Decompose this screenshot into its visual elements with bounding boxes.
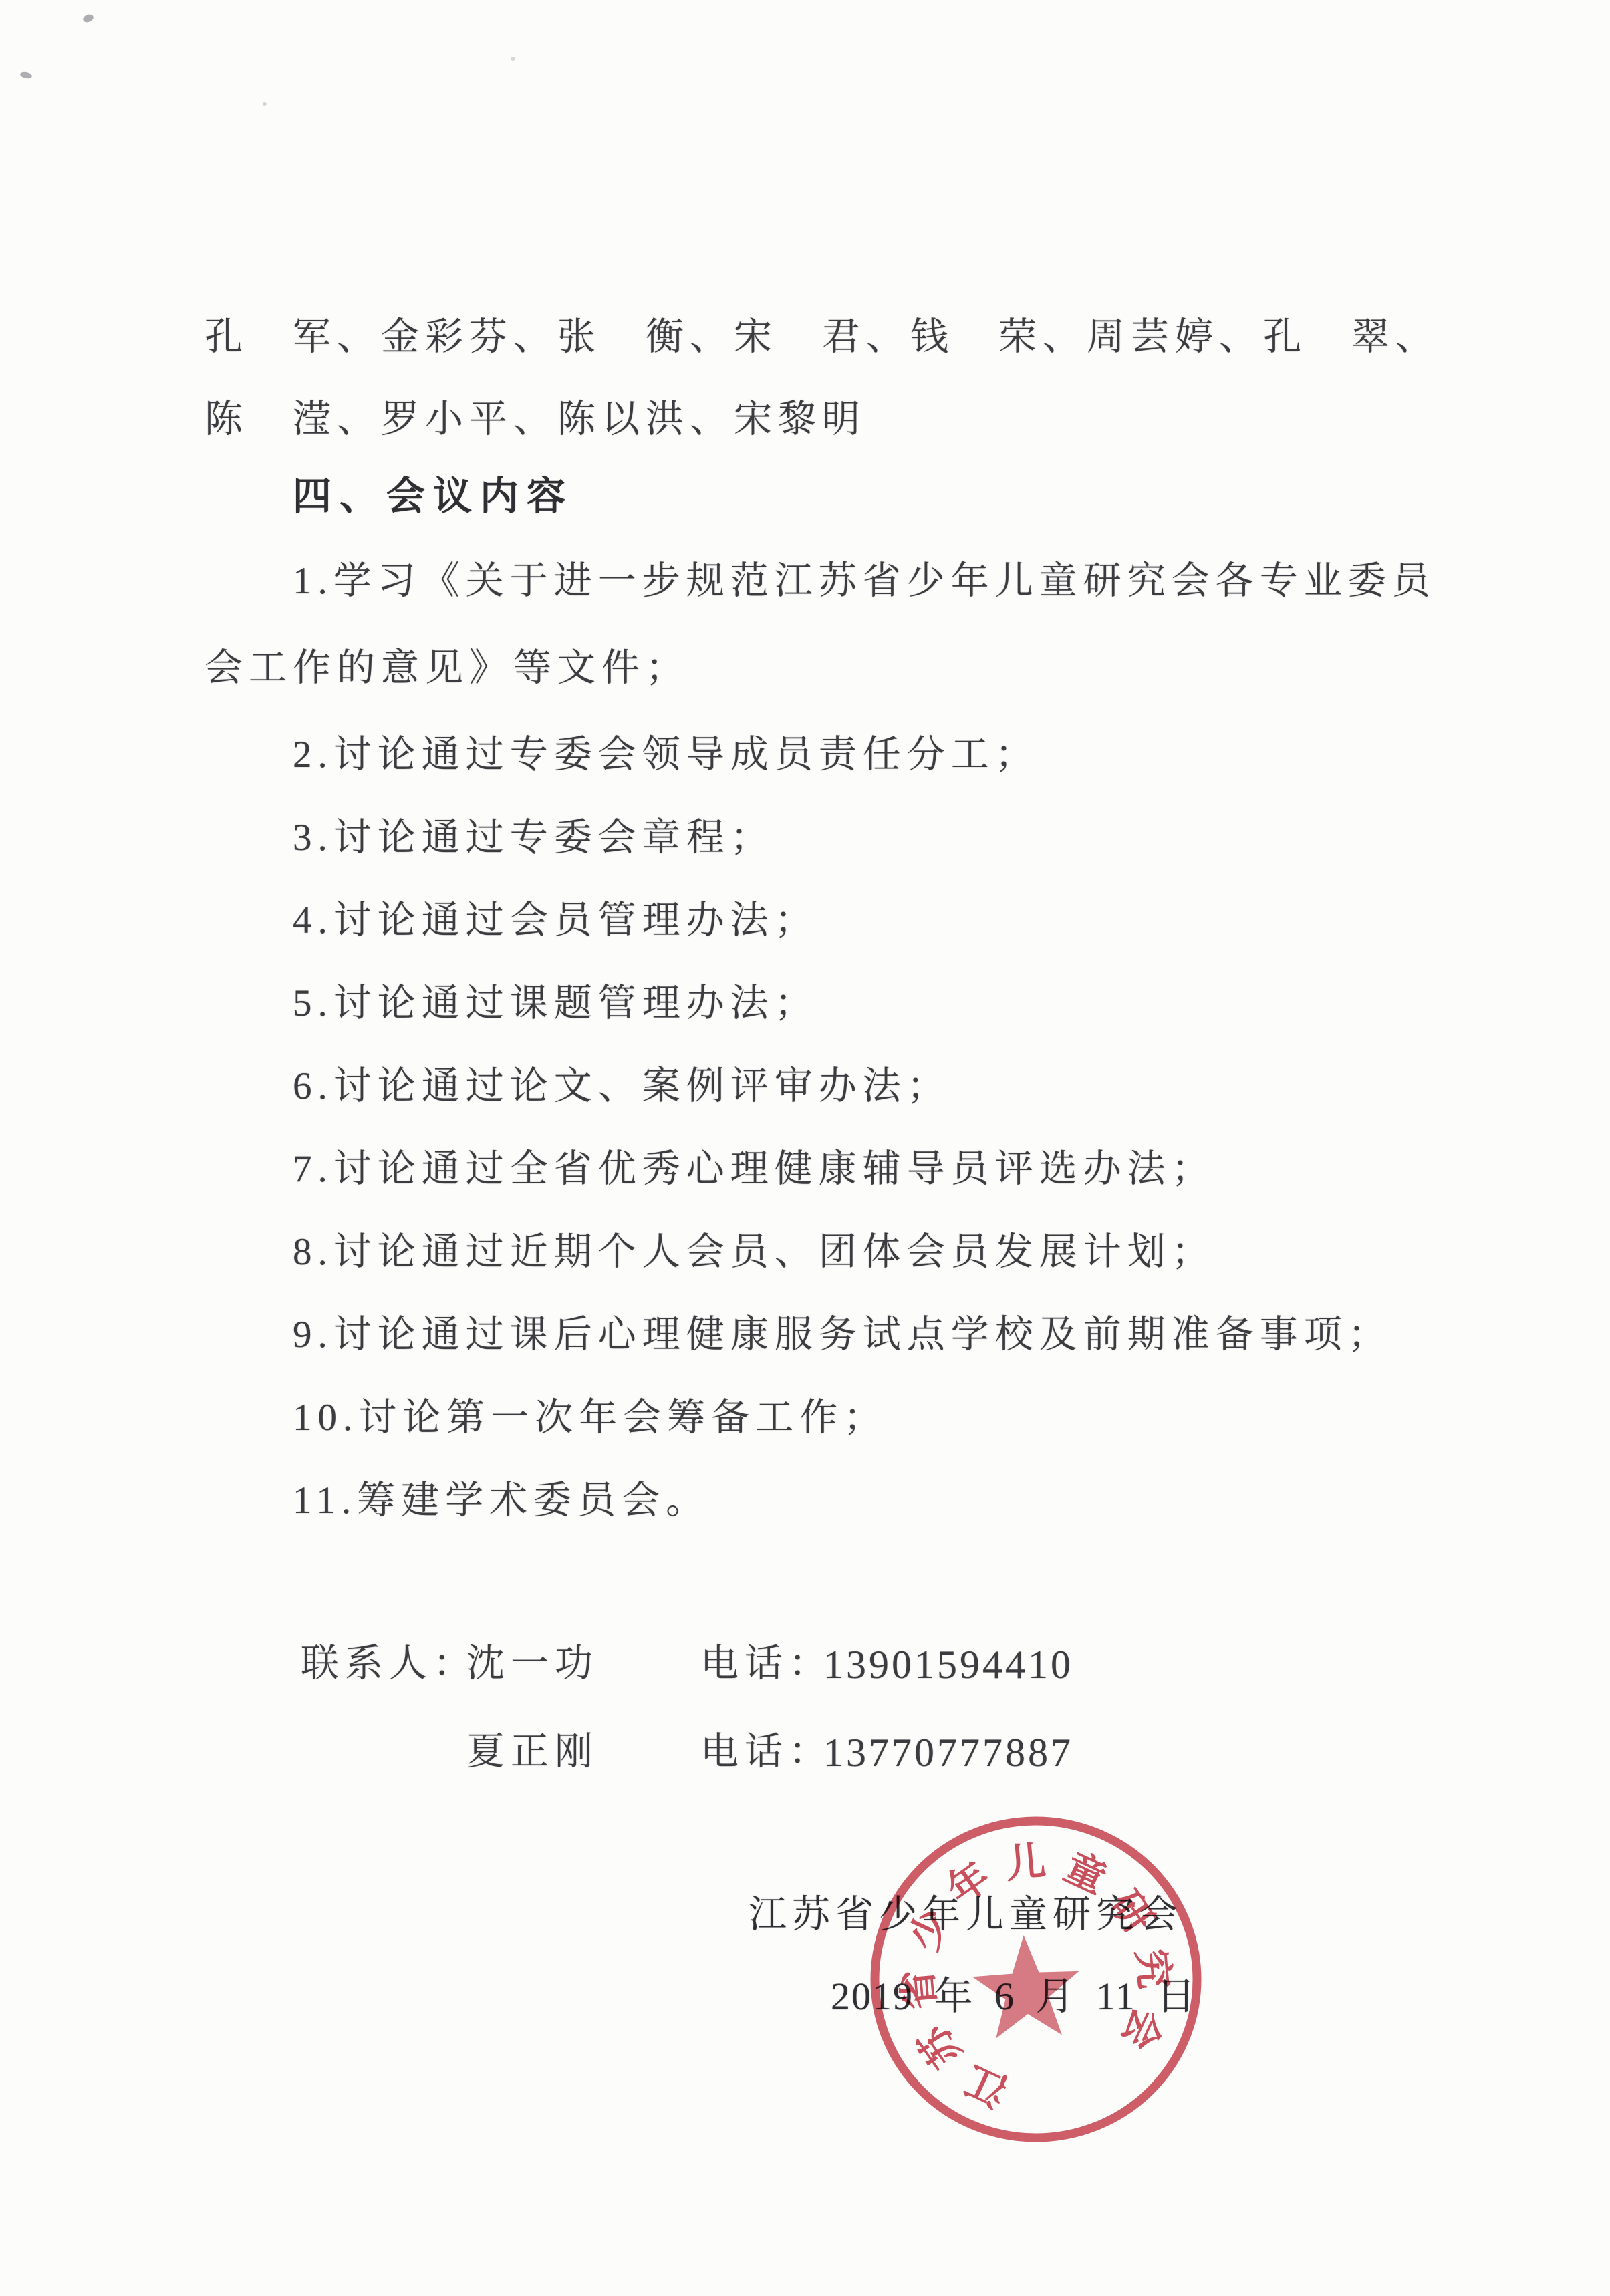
contact-label: 联系人： xyxy=(301,1644,477,1683)
scan-speck xyxy=(511,57,515,61)
seal-char: 童 xyxy=(1058,1845,1113,1902)
scan-speck xyxy=(82,13,95,24)
phone-label-2: 电话： xyxy=(700,1733,833,1771)
scan-speck xyxy=(263,102,267,106)
seal-char: 江 xyxy=(959,2057,1014,2114)
agenda-item-4: 4.讨论通过会员管理办法； xyxy=(293,901,819,940)
scan-speck xyxy=(19,71,32,80)
seal-char: 苏 xyxy=(910,2016,970,2075)
section-heading-meeting-content: 四、会议内容 xyxy=(293,477,573,516)
scanned-document-page: 孔 军、金彩芬、张 衡、宋 君、钱 荣、周芸婷、孔 翠、 陈 滢、罗小平、陈以洪… xyxy=(0,0,1610,2296)
contact-name-2: 夏正刚 xyxy=(466,1733,599,1771)
agenda-item-9: 9.讨论通过课后心理健康服务试点学校及前期准备事项； xyxy=(293,1316,1392,1354)
contact-phone-2: 13770777887 xyxy=(823,1733,1073,1773)
agenda-item-11: 11.筹建学术委员会。 xyxy=(293,1481,710,1520)
seal-char: 少 xyxy=(902,1902,958,1957)
agenda-item-3: 3.讨论通过专委会章程； xyxy=(293,819,775,857)
phone-label-1: 电话： xyxy=(700,1644,833,1683)
seal-star-icon xyxy=(972,1935,1079,2038)
attendee-names-line-2: 陈 滢、罗小平、陈以洪、宋黎明 xyxy=(205,400,866,438)
seal-char: 究 xyxy=(1129,1947,1176,1991)
seal-char: 会 xyxy=(1113,2001,1170,2056)
official-red-seal: 江 苏 省 少 年 儿 童 研 究 会 xyxy=(865,1812,1208,2150)
agenda-item-1-line-1: 1.学习《关于进一步规范江苏省少年儿童研究会各专业委员 xyxy=(293,562,1436,600)
seal-char: 年 xyxy=(940,1854,998,1913)
seal-char: 省 xyxy=(896,1968,943,2012)
agenda-item-1-line-2: 会工作的意见》等文件； xyxy=(205,649,690,687)
agenda-item-7: 7.讨论通过全省优秀心理健康辅导员评选办法； xyxy=(293,1150,1216,1188)
agenda-item-8: 8.讨论通过近期个人会员、团体会员发展计划； xyxy=(293,1233,1216,1271)
agenda-item-6: 6.讨论通过论文、案例评审办法； xyxy=(293,1067,951,1105)
seal-char: 儿 xyxy=(1004,1839,1048,1886)
agenda-item-10: 10.讨论第一次年会筹备工作； xyxy=(293,1399,888,1437)
agenda-item-2: 2.讨论通过专委会领导成员责任分工； xyxy=(293,736,1039,774)
agenda-item-5: 5.讨论通过课题管理办法； xyxy=(293,984,819,1022)
seal-char: 研 xyxy=(1102,1883,1161,1941)
contact-phone-1: 13901594410 xyxy=(823,1644,1073,1685)
attendee-names-line-1: 孔 军、金彩芬、张 衡、宋 君、钱 荣、周芸婷、孔 翠、 xyxy=(205,318,1440,356)
contact-name-1: 沈一功 xyxy=(466,1644,599,1683)
